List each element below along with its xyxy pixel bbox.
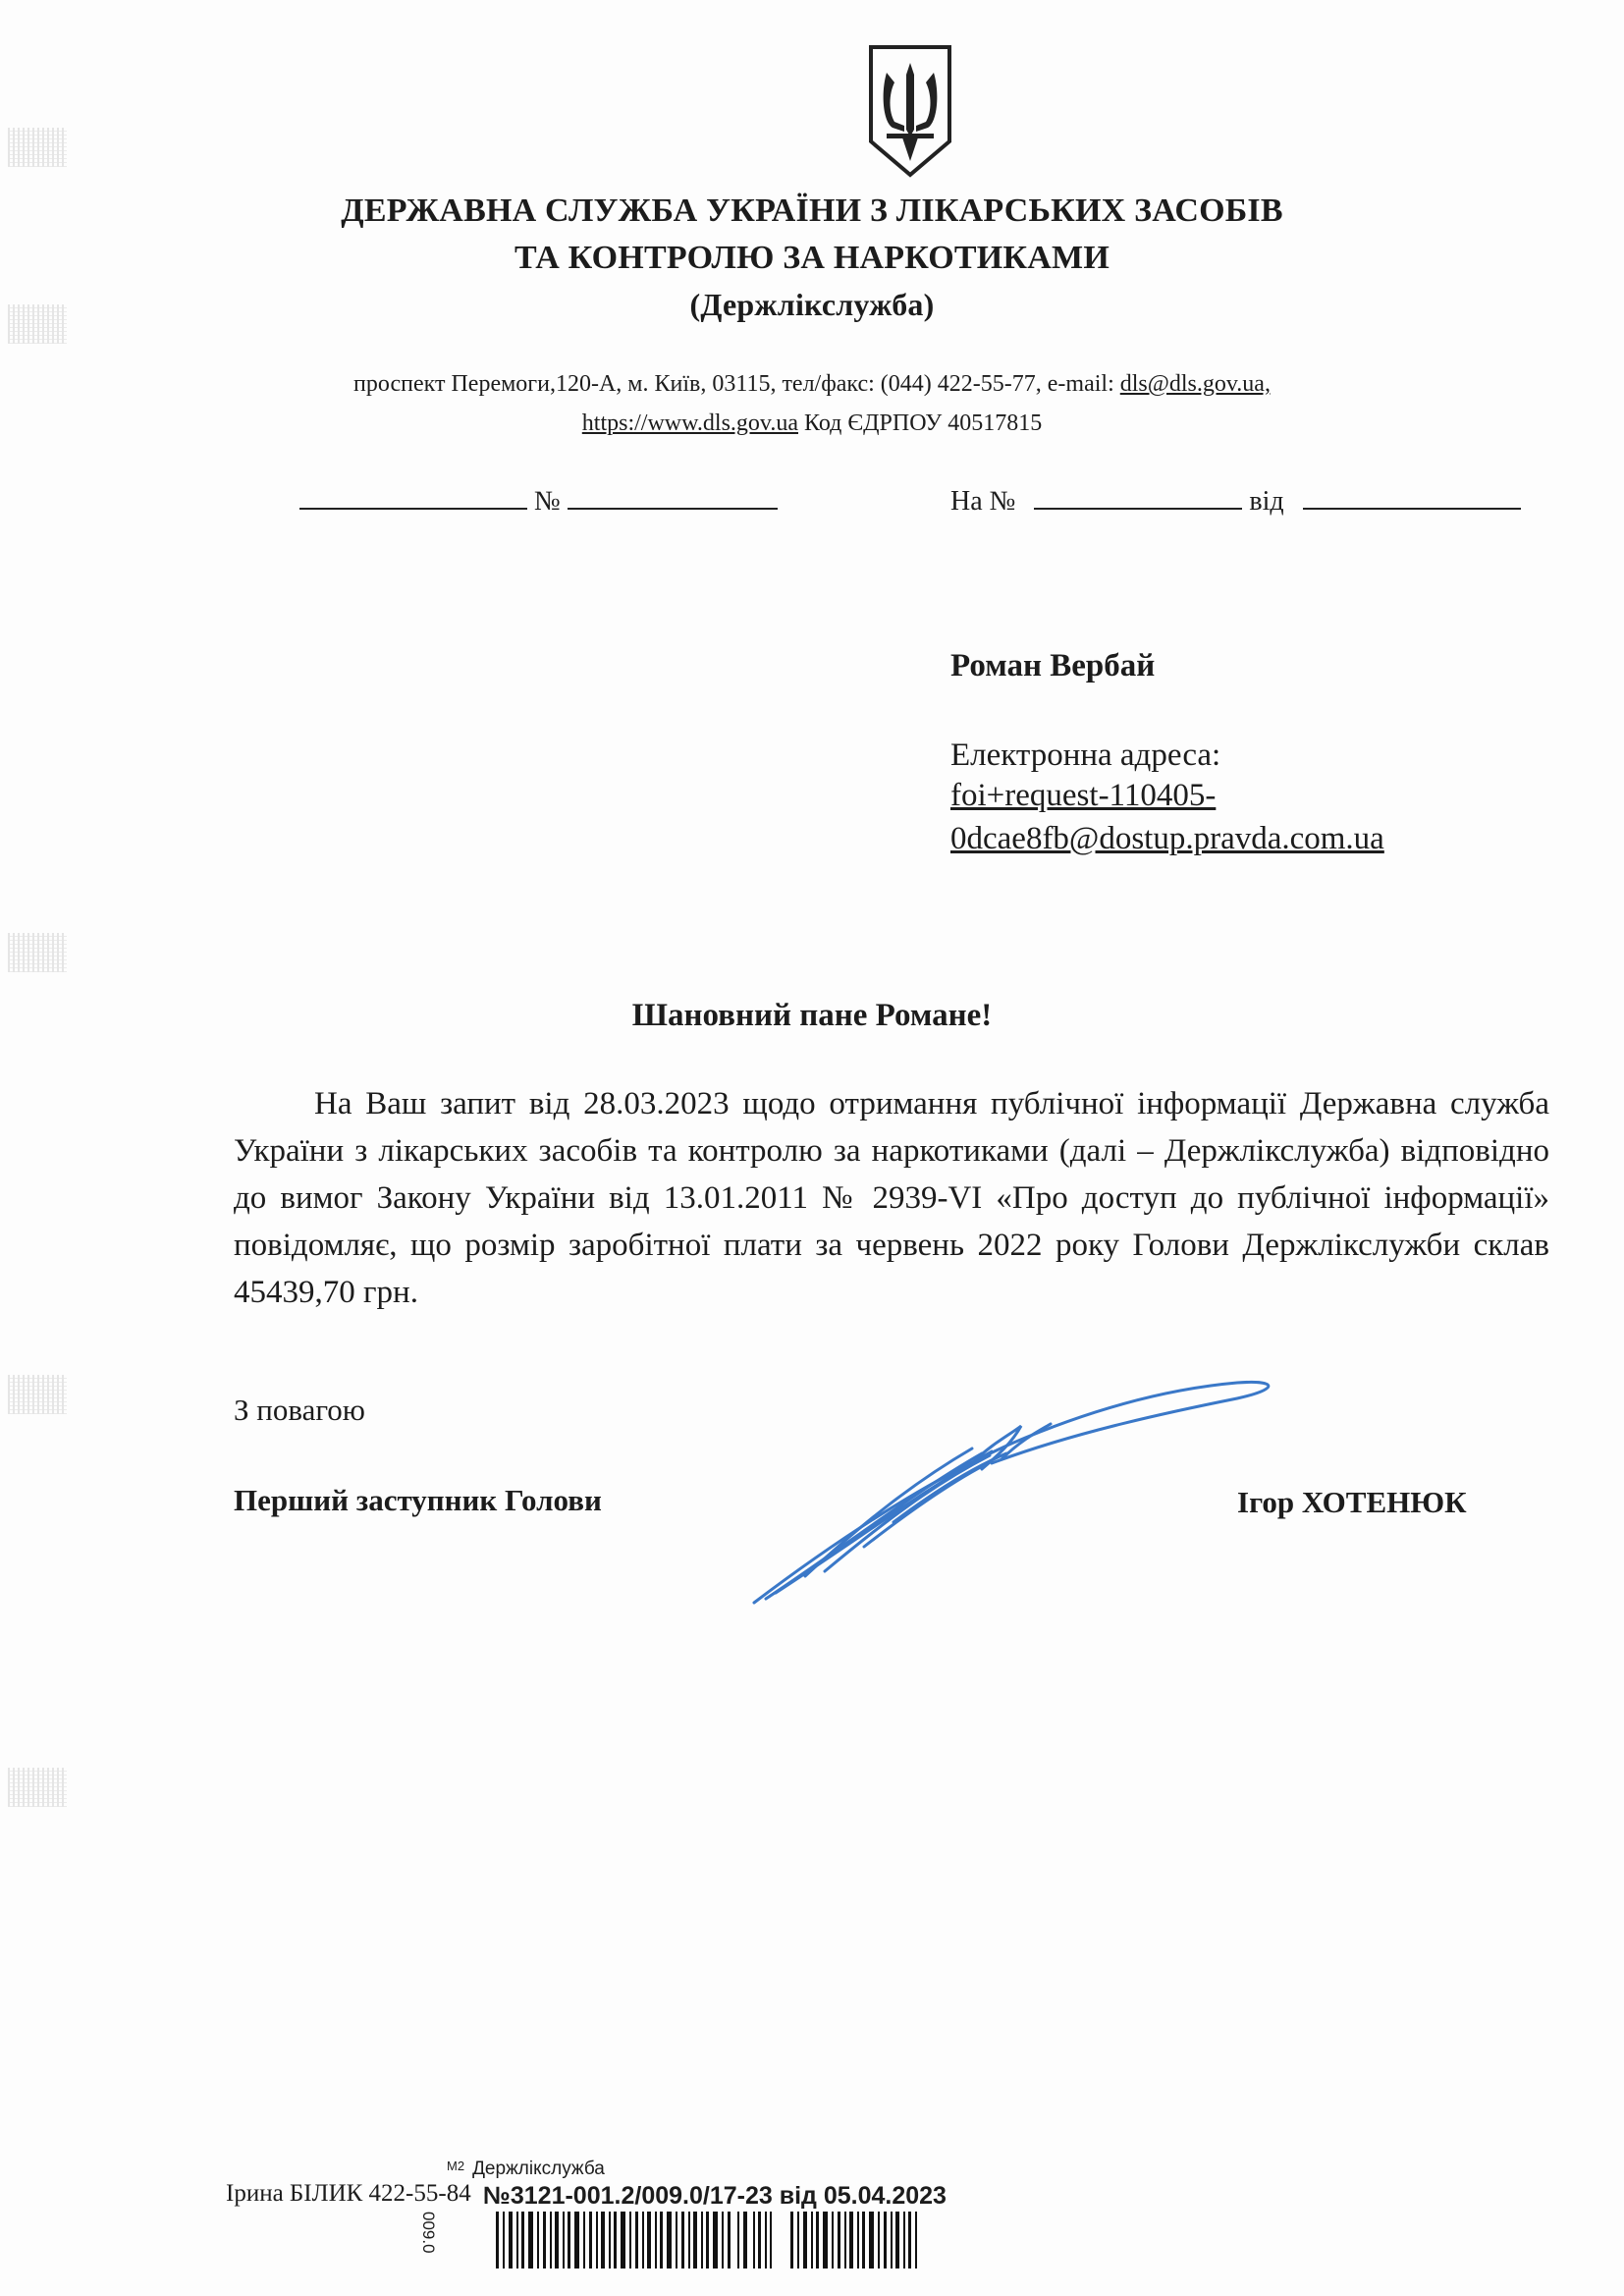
outgoing-registration: № [299,486,778,518]
org-email-link[interactable]: dls@dls.gov.ua, [1120,371,1271,397]
number-blank [568,508,778,510]
recipient-email-label: Електронна адреса: [950,738,1384,774]
closing: З повагою [234,1393,365,1428]
registration-number: №3121-001.2/009.0/17-23 від 05.04.2023 [483,2182,947,2211]
recipient-block: Роман Вербай Електронна адреса: foi+requ… [950,648,1384,860]
stamp-marker: М2 [447,2159,464,2173]
stamp-org: Держлікслужба [472,2159,605,2179]
reply-date-label: від [1249,486,1283,517]
org-website-line: https://www.dls.gov.ua Код ЄДРПОУ 405178… [0,410,1624,437]
recipient-email-line1[interactable]: foi+request-110405- [950,774,1384,817]
reply-number-label: На № [950,486,1015,517]
reply-number-blank [1034,508,1242,510]
edrpou-code: Код ЄДРПОУ 40517815 [798,410,1042,436]
signer-position: Перший заступник Голови [234,1483,602,1518]
org-name-line2: ТА КОНТРОЛЮ ЗА НАРКОТИКАМИ [0,240,1624,277]
scan-artifact [8,933,67,972]
date-blank [299,508,527,510]
trident-coat-of-arms-icon [867,43,953,179]
org-website-link[interactable]: https://www.dls.gov.ua [582,410,798,436]
registration-stamp-header: М2Держлікслужба [447,2159,605,2180]
stamp-side-code: 009.0 [408,2212,438,2280]
scan-artifact [8,1768,67,1807]
reply-reference: На № від [950,486,1521,518]
recipient-name: Роман Вербай [950,648,1384,684]
scan-artifact [8,128,67,167]
barcode [496,2212,1006,2269]
greeting: Шановний пане Романе! [0,998,1624,1034]
recipient-email-line2[interactable]: 0dcae8fb@dostup.pravda.com.ua [950,817,1384,860]
body-paragraph: На Ваш запит від 28.03.2023 щодо отриман… [234,1080,1549,1316]
number-sign: № [534,486,561,517]
handwritten-signature [746,1375,1296,1611]
scan-artifact [8,1375,67,1414]
executor-contact: Ірина БІЛИК 422-55-84 [226,2180,471,2208]
org-short-name: (Держлікслужба) [0,287,1624,323]
letter-body: На Ваш запит від 28.03.2023 щодо отриман… [234,1080,1549,1316]
address-text: проспект Перемоги,120-А, м. Київ, 03115,… [353,371,1120,397]
org-address: проспект Перемоги,120-А, м. Київ, 03115,… [0,371,1624,398]
reply-date-blank [1303,508,1521,510]
org-name-line1: ДЕРЖАВНА СЛУЖБА УКРАЇНИ З ЛІКАРСЬКИХ ЗАС… [0,192,1624,230]
